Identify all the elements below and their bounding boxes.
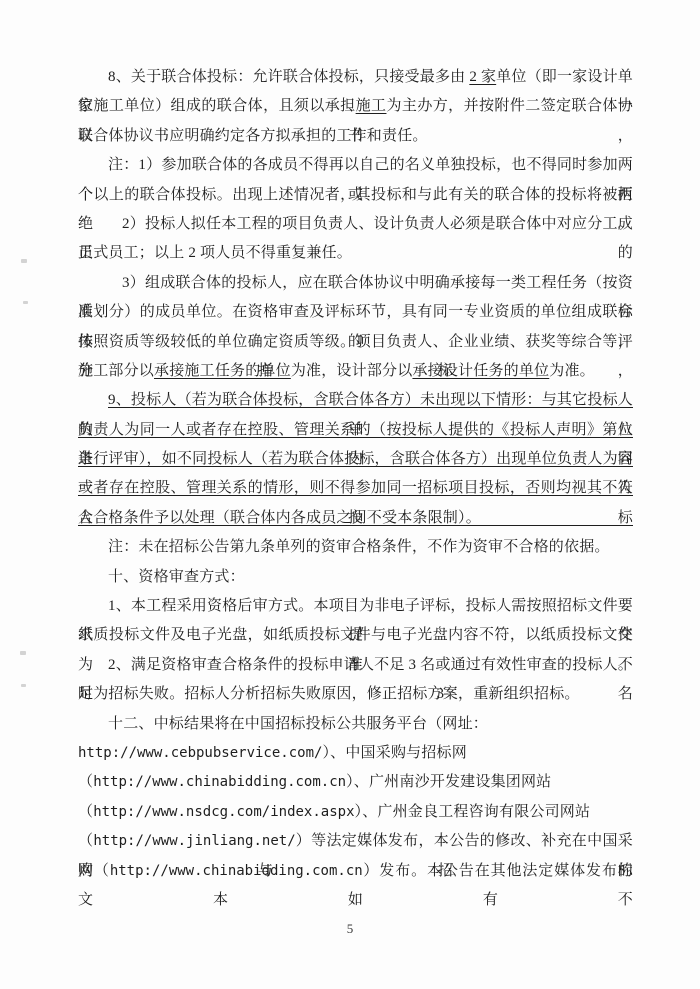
url-text: http://www.chinabidding.com.cn <box>93 774 346 790</box>
text-segment: ）、中国采购与招标网 <box>322 745 467 761</box>
text-segment: 注：未在招标公告第九条单列的资审合格条件，不作为资审不合格的依据。 <box>108 539 610 555</box>
scan-speck <box>23 301 28 304</box>
text-line: 或者存在控股、管理关系的情形，则不得参加同一招标项目投标，否则均视其不符合投标 <box>78 474 633 503</box>
text-line: 2）投标人拟任本工程的项目负责人、设计负责人必须是联合体中对应分工成员的 <box>78 210 633 239</box>
underlined-segment: 人合格条件予以处理（联合体内各成员之间不受本条限制）。 <box>78 510 481 526</box>
text-line: 3）组成联合体的投标人，应在联合体协议中明确承接每一类工程任务（按资质标 <box>78 269 633 298</box>
underlined-segment: 施工 <box>356 98 387 114</box>
text-line: 注：未在招标公告第九条单列的资审合格条件，不作为资审不合格的依据。 <box>78 533 633 562</box>
url-text: http://www.chinabidding.com.cn <box>110 863 363 879</box>
text-segment: 为准，设计部分以 <box>291 363 413 379</box>
text-line: （http://www.nsdcg.com/index.aspx）、广州金良工程… <box>78 798 633 827</box>
text-line: 1、本工程采用资格后审方式。本项目为非电子评标，投标人需按照招标文件要求提交 <box>78 592 633 621</box>
underlined-segment: 2 家 <box>469 69 496 85</box>
text-line: 负责人为同一人或者存在控股、管理关系的（按投标人提供的《投标人声明》第八条内容 <box>78 416 633 445</box>
text-segment: 十二、中标结果将在中国招标投标公共服务平台（网址： <box>108 716 488 732</box>
text-line: 准划分）的成员单位。在资格审查及评标环节，具有同一专业资质的单位组成联合体的， <box>78 298 633 327</box>
underlined-segment: 承接设计任务的单位 <box>412 363 549 379</box>
text-line: 个以上的联合体投标。出现上述情况者，其投标和与此有关的联合体的投标将被拒绝。 <box>78 181 633 210</box>
underlined-segment: 承接施工任务的单位 <box>154 363 291 379</box>
text-line: 进行评审），如不同投标人（若为联合体投标，含联合体各方）出现单位负责人为同一人 <box>78 445 633 474</box>
text-line: 时为招标失败。招标人分析招标失败原因，修正招标方案，重新组织招标。 <box>78 680 633 709</box>
text-segment: 网（ <box>78 863 110 879</box>
scan-speck <box>21 259 27 263</box>
text-line: 网（http://www.chinabidding.com.cn）发布。本公告在… <box>78 857 633 886</box>
text-line: 注：1）参加联合体的各成员不得再以自己的名义单独投标，也不得同时参加两个或两 <box>78 151 633 180</box>
url-text: http://www.cebpubservice.com/ <box>78 745 322 761</box>
text-line: （http://www.chinabidding.com.cn）、广州南沙开发建… <box>78 768 633 797</box>
text-segment: （ <box>78 774 93 790</box>
url-text: http://www.jinliang.net/ <box>93 833 295 849</box>
section-heading: 十、资格审查方式： <box>78 563 633 592</box>
text-segment: （ <box>78 833 93 849</box>
text-segment: 为准。 <box>549 363 595 379</box>
text-segment: 正式员工；以上 2 项人员不得重复兼任。 <box>78 245 352 261</box>
scan-speck <box>20 651 26 655</box>
text-line: http://www.cebpubservice.com/）、中国采购与招标网 <box>78 739 633 768</box>
text-segment: （ <box>78 804 93 820</box>
url-text: http://www.nsdcg.com/index.aspx <box>93 804 354 820</box>
text-line: 纸质投标文件及电子光盘，如纸质投标文件与电子光盘内容不符，以纸质投标文件为准。 <box>78 621 633 650</box>
text-line: （http://www.jinliang.net/）等法定媒体发布，本公告的修改… <box>78 827 633 856</box>
text-segment: 十、资格审查方式： <box>108 569 245 585</box>
text-segment: ）、广州金良工程咨询有限公司网站 <box>355 804 591 820</box>
text-segment: 联合体协议书应明确约定各方拟承担的工作和责任。 <box>78 128 428 144</box>
text-line: 十二、中标结果将在中国招标投标公共服务平台（网址： <box>78 710 633 739</box>
text-line: 2、满足资格审查合格条件的投标申请人不足 3 名或通过有效性审查的投标人不足 3… <box>78 651 633 680</box>
text-line: 按照资质等级较低的单位确定资质等级。项目负责人、企业业绩、获奖等综合等评分指标， <box>78 328 633 357</box>
scan-speck <box>21 684 26 687</box>
text-line: 8、关于联合体投标：允许联合体投标，只接受最多由 2 家单位（即一家设计单位、一 <box>78 63 633 92</box>
text-line: 施工部分以承接施工任务的单位为准，设计部分以承接设计任务的单位为准。 <box>78 357 633 386</box>
text-segment: 8、关于联合体投标：允许联合体投标，只接受最多由 <box>108 69 469 85</box>
document-page: 8、关于联合体投标：允许联合体投标，只接受最多由 2 家单位（即一家设计单位、一… <box>0 0 700 989</box>
document-body: 8、关于联合体投标：允许联合体投标，只接受最多由 2 家单位（即一家设计单位、一… <box>78 63 633 886</box>
text-segment: 时为招标失败。招标人分析招标失败原因，修正招标方案，重新组织招标。 <box>78 686 580 702</box>
text-line: 家施工单位）组成的联合体，且须以承担施工为主办方，并按附件二签定联合体协议书， <box>78 92 633 121</box>
text-segment: 施工部分以 <box>78 363 154 379</box>
page-number: 5 <box>0 921 700 937</box>
text-segment: 家施工单位）组成的联合体，且须以承担 <box>78 98 356 114</box>
text-line: 9、投标人（若为联合体投标，含联合体各方）未出现以下情形：与其它投标人的单位 <box>78 386 633 415</box>
text-segment: ）、广州南沙开发建设集团网站 <box>346 774 551 790</box>
